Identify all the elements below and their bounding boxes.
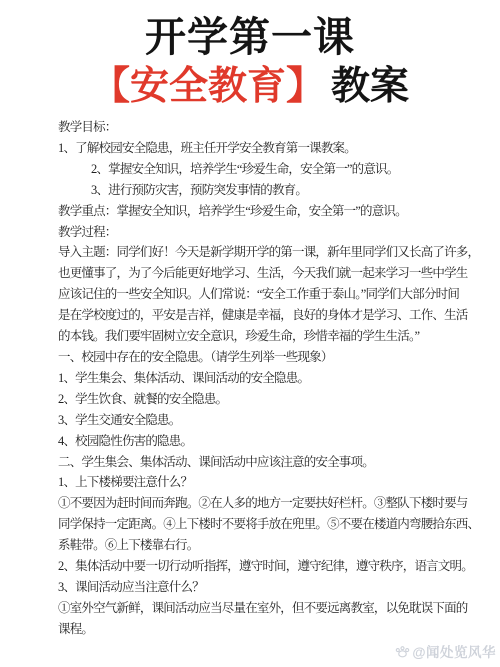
text-line: 系鞋带。⑥上下楼靠右行。 bbox=[58, 535, 472, 556]
watermark-text: @闻处览风华 bbox=[412, 641, 496, 661]
text-line: 教学重点：掌握安全知识，培养学生“珍爱生命，安全第一”的意识。 bbox=[58, 201, 472, 222]
text-line: 教学目标： bbox=[58, 117, 472, 138]
text-line: 也更懂事了，为了今后能更好地学习、生活，今天我们就一起来学习一些中学生 bbox=[58, 263, 472, 284]
paw-icon bbox=[395, 644, 410, 659]
text-line: 教学过程： bbox=[58, 222, 472, 243]
watermark: @闻处览风华 bbox=[395, 641, 496, 661]
text-line: 导入主题：同学们好！今天是新学期开学的第一课，新年里同学们又长高了许多， bbox=[58, 242, 472, 263]
document-page: 开学第一课 【安全教育】教案 教学目标：1、了解校园安全隐患，班主任开学安全教育… bbox=[0, 0, 500, 667]
text-line: 1、上下楼梯要注意什么？ bbox=[58, 472, 472, 493]
text-line: 二、学生集会、集体活动、课间活动中应该注意的安全事项。 bbox=[58, 452, 472, 473]
title-suffix-text: 教案 bbox=[331, 65, 409, 108]
text-line: 2、集体活动中要一切行动听指挥，遵守时间，遵守纪律，遵守秩序，语言文明。 bbox=[58, 556, 472, 577]
document-header: 开学第一课 【安全教育】教案 bbox=[0, 0, 500, 112]
doc-title-line1: 开学第一课 bbox=[0, 12, 500, 62]
text-line: 3、学生交通安全隐患。 bbox=[58, 410, 472, 431]
text-line: ①室外空气新鲜，课间活动应当尽量在室外，但不要远离教室，以免耽误下面的 bbox=[58, 598, 472, 619]
doc-title-line2: 【安全教育】教案 bbox=[0, 62, 500, 112]
text-line: 4、校园隐性伤害的隐患。 bbox=[58, 431, 472, 452]
text-line: 一、校园中存在的安全隐患。（请学生列举一些现象） bbox=[58, 347, 472, 368]
text-line: 的本钱。我们要牢固树立安全意识，珍爱生命，珍惜幸福的学生生活。” bbox=[58, 326, 472, 347]
text-line: 3、进行预防灾害，预防突发事情的教育。 bbox=[58, 180, 472, 201]
text-line: 3、课间活动应当注意什么？ bbox=[58, 577, 472, 598]
text-line: 是在学校度过的，平安是吉祥，健康是幸福，良好的身体才是学习、工作、生活 bbox=[58, 305, 472, 326]
text-line: 同学保持一定距离。④上下楼时不要将手放在兜里。⑤不要在楼道内弯腰拾东西、 bbox=[58, 514, 472, 535]
text-line: ①不要因为赶时间而奔跑。②在人多的地方一定要扶好栏杆。③整队下楼时要与 bbox=[58, 493, 472, 514]
text-line: 2、学生饮食、就餐的安全隐患。 bbox=[58, 389, 472, 410]
text-line: 1、了解校园安全隐患，班主任开学安全教育第一课教案。 bbox=[58, 138, 472, 159]
document-body: 教学目标：1、了解校园安全隐患，班主任开学安全教育第一课教案。2、掌握安全知识，… bbox=[0, 112, 500, 640]
title-highlight-text: 【安全教育】 bbox=[91, 65, 325, 108]
text-line: 课程。 bbox=[58, 619, 472, 640]
text-line: 应该记住的一些安全知识。人们常说：“安全工作重于泰山。”同学们大部分时间 bbox=[58, 284, 472, 305]
text-line: 1、学生集会、集体活动、课间活动的安全隐患。 bbox=[58, 368, 472, 389]
text-line: 2、掌握安全知识，培养学生“珍爱生命，安全第一”的意识。 bbox=[58, 159, 472, 180]
